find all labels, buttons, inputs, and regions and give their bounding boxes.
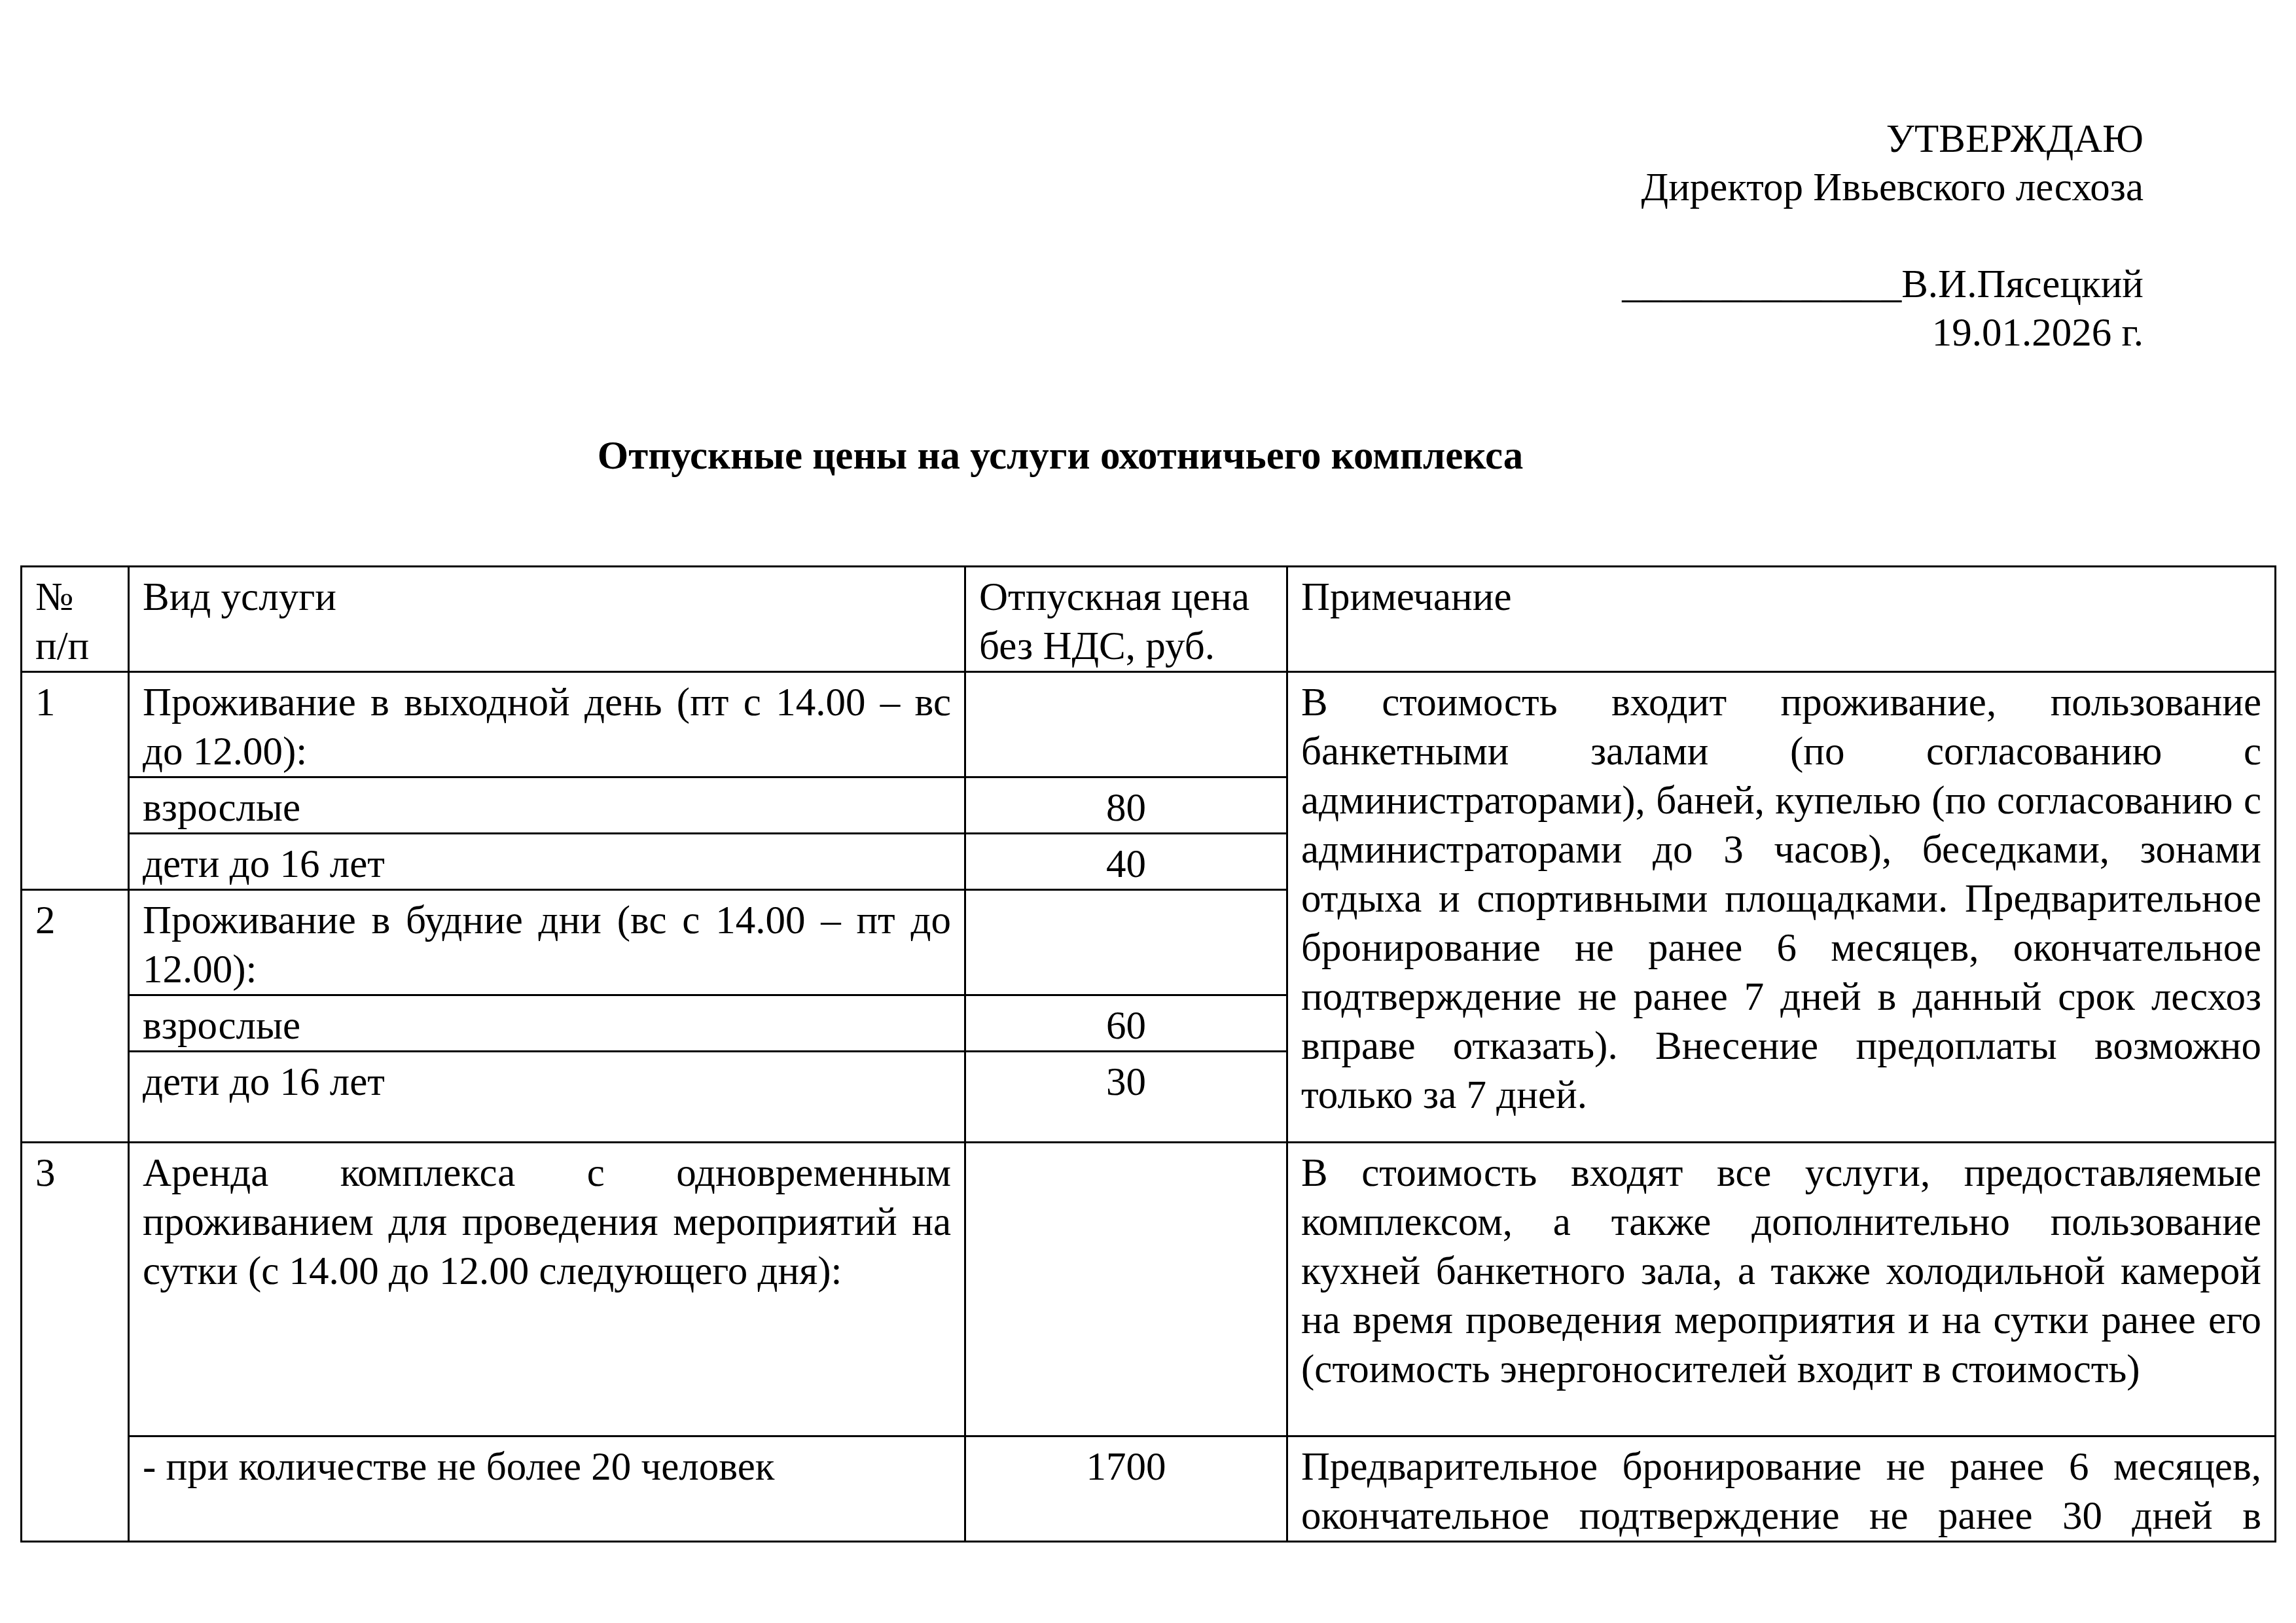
price-value: 30	[965, 1052, 1287, 1143]
table-header-row: № п/п Вид услуги Отпускная цена без НДС,…	[22, 567, 2276, 672]
signature-row: ______________В.И.Пясецкий	[1622, 260, 2144, 309]
price-cell	[965, 672, 1287, 777]
header-note: Примечание	[1287, 567, 2276, 672]
row-number: 3	[22, 1143, 129, 1542]
row-number: 2	[22, 890, 129, 1143]
note-cell: В стоимость входит проживание, пользован…	[1287, 672, 2276, 1143]
signatory-name: В.И.Пясецкий	[1901, 262, 2144, 306]
service-name: Проживание в выходной день (пт с 14.00 –…	[129, 672, 965, 777]
service-item: взрослые	[129, 777, 965, 834]
approve-label: УТВЕРЖДАЮ	[1622, 115, 2144, 164]
service-item: дети до 16 лет	[129, 834, 965, 890]
price-table: № п/п Вид услуги Отпускная цена без НДС,…	[20, 565, 2276, 1543]
service-name: Проживание в будние дни (вс с 14.00 – пт…	[129, 890, 965, 995]
approval-block: УТВЕРЖДАЮ Директор Ивьевского лесхоза __…	[1622, 115, 2144, 357]
approver-position: Директор Ивьевского лесхоза	[1622, 164, 2144, 212]
price-cell	[965, 1143, 1287, 1436]
note-cell: Предварительное бронирование не ранее 6 …	[1287, 1436, 2276, 1542]
document-title: Отпускные цены на услуги охотничьего ком…	[0, 432, 2121, 480]
table-row: 1 Проживание в выходной день (пт с 14.00…	[22, 672, 2276, 777]
service-item: - при количестве не более 20 человек	[129, 1436, 965, 1542]
note-cell: В стоимость входят все услуги, предостав…	[1287, 1143, 2276, 1436]
header-service: Вид услуги	[129, 567, 965, 672]
price-value: 40	[965, 834, 1287, 890]
table-row: 3 Аренда комплекса с одновременным прожи…	[22, 1143, 2276, 1436]
header-number: № п/п	[22, 567, 129, 672]
signature-line: ______________	[1622, 262, 1901, 306]
table-row: - при количестве не более 20 человек 170…	[22, 1436, 2276, 1542]
service-item: дети до 16 лет	[129, 1052, 965, 1143]
approval-date: 19.01.2026 г.	[1622, 309, 2144, 357]
price-value: 1700	[965, 1436, 1287, 1542]
row-number: 1	[22, 672, 129, 890]
spacer	[1622, 212, 2144, 260]
price-cell	[965, 890, 1287, 995]
price-value: 80	[965, 777, 1287, 834]
header-price: Отпускная цена без НДС, руб.	[965, 567, 1287, 672]
service-item: взрослые	[129, 995, 965, 1052]
price-value: 60	[965, 995, 1287, 1052]
service-name: Аренда комплекса с одновременным прожива…	[129, 1143, 965, 1436]
